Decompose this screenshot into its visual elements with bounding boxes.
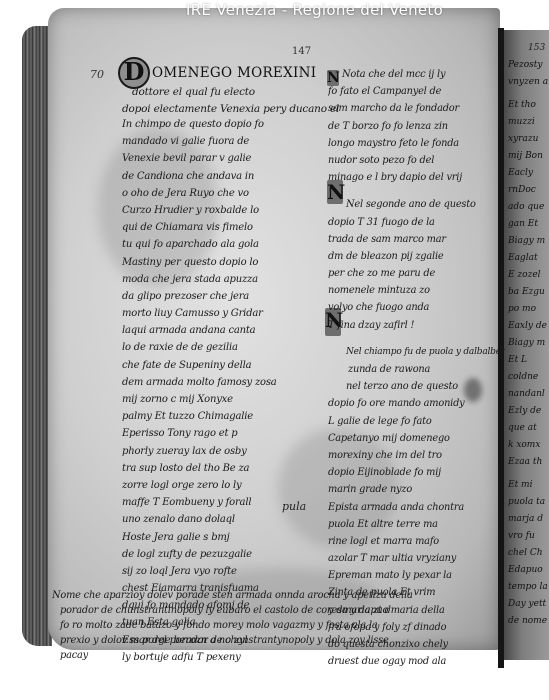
text-line: palmy Et tuzzo Chimagalie [122,408,277,425]
text-line: marin grade nyzo [328,481,505,498]
text-line: tu qui fo aparchado ala gola [122,236,277,253]
text-line: da glipo prezoser che jera [122,288,277,305]
text-line: Et tho [508,97,549,114]
margin-note: pula [282,500,306,513]
text-line: nel terzo ano de questo [328,378,505,395]
text-line: Biagy m [508,335,549,352]
text-line: chel Ch [508,545,549,562]
text-line: morexiny che im del tro [328,447,505,464]
text-line: nudor soto pezo fo del [328,152,505,169]
text-line: dottore el qual fu electo [132,84,339,101]
text-line: de T borzo fo fo lenza zin [328,118,505,135]
text-line: Epreman mato ly pexar la [328,567,505,584]
text-line: pacay [52,648,413,663]
text-line: ba Ezgu [508,284,549,301]
text-line: T fina dzay zafirl ! [328,317,505,334]
margin-number: 70 [90,68,104,81]
text-line: azolar T mar ultia vryziany [328,550,505,567]
text-line: vnyzen a [508,74,549,91]
text-line: Venexie bevil parar v galie [122,150,277,167]
text-line: mandado vi galie fuora de [122,133,277,150]
folio-number: 153 [508,40,549,57]
text-line: Hoste Jera galie s bmj [122,529,277,546]
text-line: marja d [508,511,549,528]
text-line: dopio T 31 fuogo de la [328,214,505,231]
text-line: Nel chiampo fu de puola y dalbalber [328,344,505,361]
text-line: dopio fo ore mando amonidy [328,395,505,412]
text-line: qui de Chiamara vis fimelo [122,219,277,236]
text-line: muzzi [508,114,549,131]
text-line: moda che jera stada apuzza [122,271,277,288]
folio-number: 147 [292,46,311,57]
text-line: mij zorno c mij Xonyxe [122,391,277,408]
text-line: Biagy m [508,233,549,250]
text-line: Nota che del mcc ij ly [328,66,505,83]
text-line: sam marcho da le fondador [328,100,505,117]
text-line: tempo la [508,579,549,596]
right-column-text: Nota che del mcc ij ly fo fato el Campan… [328,66,505,670]
text-line: de Candiona che andava in [122,168,277,185]
left-column-text: dottore el qual fu electo dopoi electame… [132,84,339,118]
text-line: rine logl et marra mafo [328,533,505,550]
text-line: ado que [508,199,549,216]
text-line: tra sup losto del tho Be za [122,460,277,477]
text-line: mij Bon [508,148,549,165]
text-line: Eaglat [508,250,549,267]
text-line: Edapuo [508,562,549,579]
text-line: puola ta [508,494,549,511]
text-line: volyo che fuogo anda [328,299,505,316]
text-line: dem armada molto famosy zosa [122,374,277,391]
text-line: minago e l bry dapio del vrij [328,169,505,186]
text-line: po mo [508,301,549,318]
text-line: que at [508,420,549,437]
text-line: fo ro molto zadc batazo y fondo morey mo… [52,618,413,633]
text-line: uno zenalo dano dolaql [122,511,277,528]
text-line: laqui armada andana canta [122,322,277,339]
text-line: phorly zueray lax de osby [122,443,277,460]
text-line: puola Et altre terre ma [328,516,505,533]
text-line: Ezaa th [508,454,549,471]
text-line: lo de raxie de de gezilia [122,339,277,356]
text-line: gan Et [508,216,549,233]
text-line: Ezly de [508,403,549,420]
bottom-paragraph: Nome che aparzioy dolev porade sten arma… [52,588,413,663]
text-line: Et L [508,352,549,369]
text-line: Nome che aparzioy dolev porade sten arma… [52,588,413,603]
text-line: In chimpo de questo dopio fo [122,116,277,133]
text-line: per che zo me paru de [328,265,505,282]
text-line: Et mi [508,477,549,494]
text-line: rnDoc [508,182,549,199]
text-line: nomenele mintuza zo [328,282,505,299]
facing-page-text: 153 Pezosty vnyzen a Et tho muzzi xyrazu… [508,40,549,630]
text-line: nandanl [508,386,549,403]
text-line: de logl zufty de pezuzgalie [122,546,277,563]
text-line: che fate de Supeniny della [122,357,277,374]
text-line: Pezosty [508,57,549,74]
text-line [328,334,505,344]
heading-title: OMENEGO MOREXINI [152,65,316,81]
text-line: L galie de lege fo fato [328,413,505,430]
text-line: zorre logl orge zero lo ly [122,477,277,494]
text-line: dm de bleazon pij zgalie [328,248,505,265]
text-line: Eaxly de [508,318,549,335]
text-line: sij zo loql Jera vyo rofte [122,563,277,580]
text-line: Curzo Hrudier y roxbalde lo [122,202,277,219]
watermark: IRE Venezia - Regione del Veneto [186,1,443,19]
text-line: E zozel [508,267,549,284]
text-line: de nome [508,613,549,630]
text-line [328,186,505,196]
text-line: maffe T Eombueny y forall [122,494,277,511]
text-line: Nel segonde ano de questo [328,196,505,213]
left-column-body: In chimpo de questo dopio fo mandado vi … [122,116,277,666]
text-line: fo fato el Campanyel de [328,83,505,100]
text-line: k xomx [508,437,549,454]
text-line: longo maystro feto le fonda [328,135,505,152]
text-line: o oho de Jera Ruyo che vo [122,185,277,202]
text-line: porador de chunstrantinopoly ly eubaro e… [52,603,413,618]
text-line: Eperisso Tony rago et p [122,425,277,442]
text-line: dopio Eijinoblade fo mij [328,464,505,481]
text-line: xyrazu [508,131,549,148]
text-line: morto liuy Camusso y Gridar [122,305,277,322]
text-line: Epista armada anda chontra [328,499,505,516]
text-line: prexio y dolov mar del porador de chonst… [52,633,413,648]
text-line: Day yett [508,596,549,613]
text-line: Capetanyo mij domenego [328,430,505,447]
text-line: vro fu [508,528,549,545]
text-line: coldne [508,369,549,386]
text-line: trada de sam marco mar [328,231,505,248]
text-line: zunda de rawona [328,361,505,378]
text-line: Eacly [508,165,549,182]
text-line: Mastiny per questo dopio lo [122,254,277,271]
